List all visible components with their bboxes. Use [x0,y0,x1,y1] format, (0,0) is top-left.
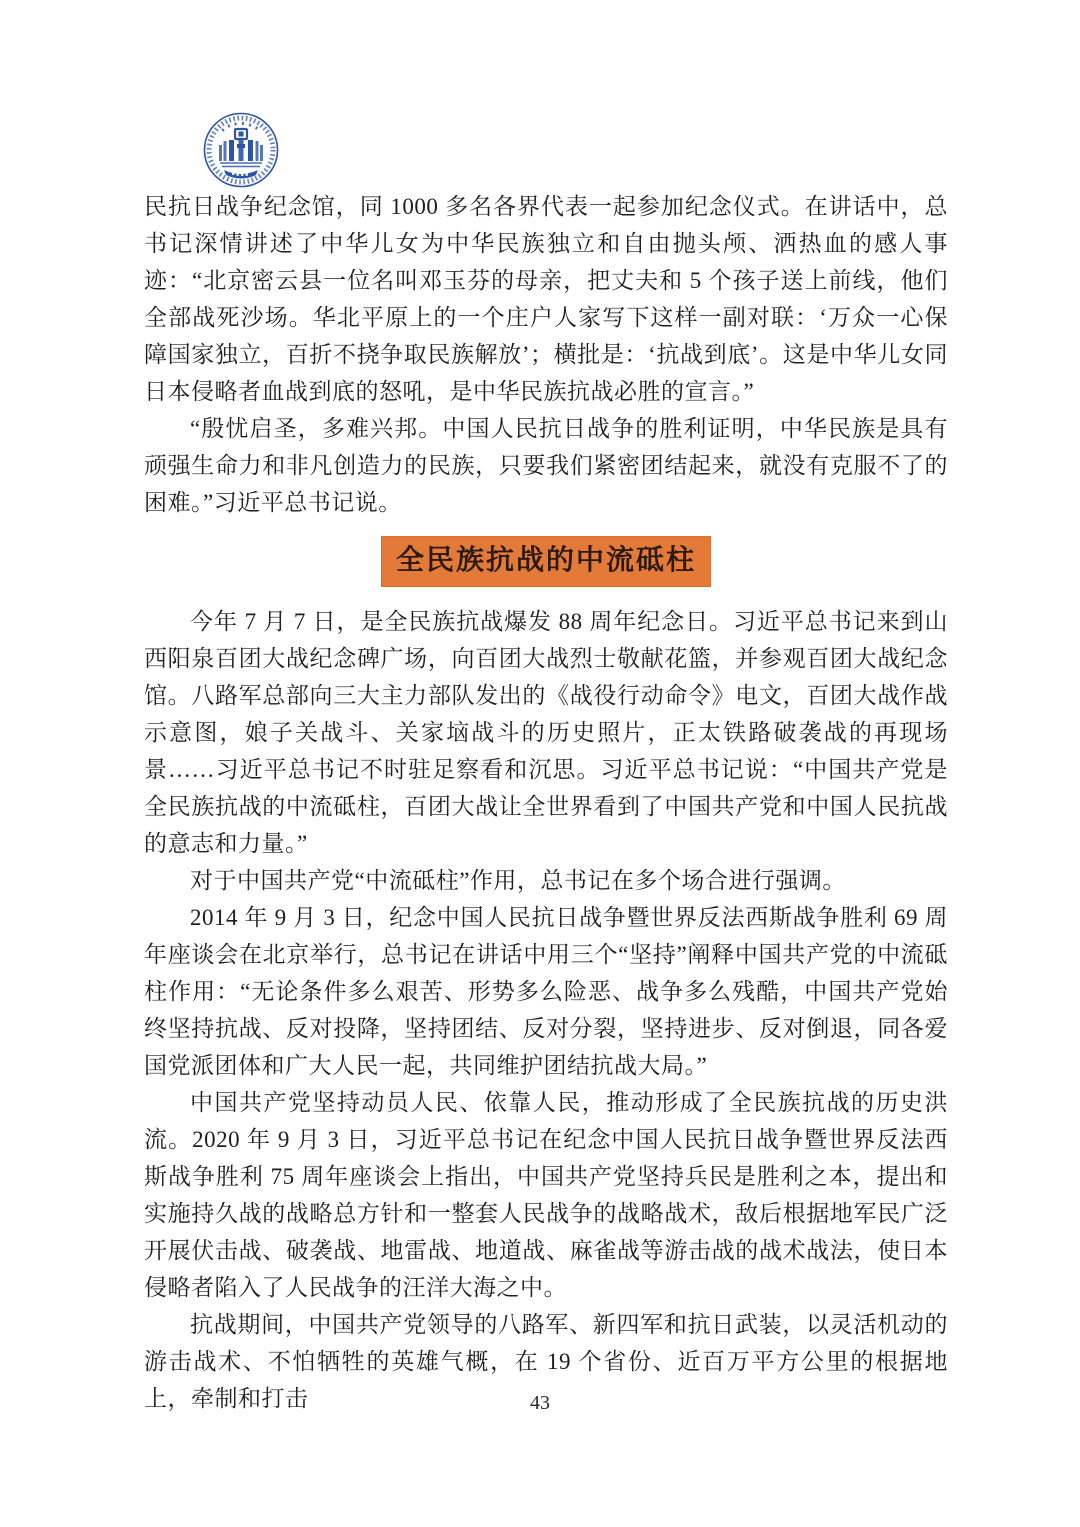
document-page: 民抗日战争纪念馆，同 1000 多名各界代表一起参加纪念仪式。在讲话中，总书记深… [0,0,1080,1527]
paragraph: 今年 7 月 7 日，是全民族抗战爆发 88 周年纪念日。习近平总书记来到山西阳… [144,603,948,862]
paragraph: 民抗日战争纪念馆，同 1000 多名各界代表一起参加纪念仪式。在讲话中，总书记深… [144,188,948,410]
organization-logo [202,111,280,189]
page-number: 43 [0,1392,1080,1415]
paragraph: 中国共产党坚持动员人民、依靠人民，推动形成了全民族抗战的历史洪流。2020 年 … [144,1084,948,1306]
paragraph: “殷忧启圣，多难兴邦。中国人民抗日战争的胜利证明，中华民族是具有顽强生命力和非凡… [144,410,948,521]
paragraph: 2014 年 9 月 3 日，纪念中国人民抗日战争暨世界反法西斯战争胜利 69 … [144,899,948,1084]
paragraph: 对于中国共产党“中流砥柱”作用，总书记在多个场合进行强调。 [144,862,948,899]
article-body: 民抗日战争纪念馆，同 1000 多名各界代表一起参加纪念仪式。在讲话中，总书记深… [144,188,948,1417]
circular-blue-emblem-icon [202,111,280,189]
section-heading: 全民族抗战的中流砥柱 [381,536,711,587]
section-heading-row: 全民族抗战的中流砥柱 [144,536,948,587]
